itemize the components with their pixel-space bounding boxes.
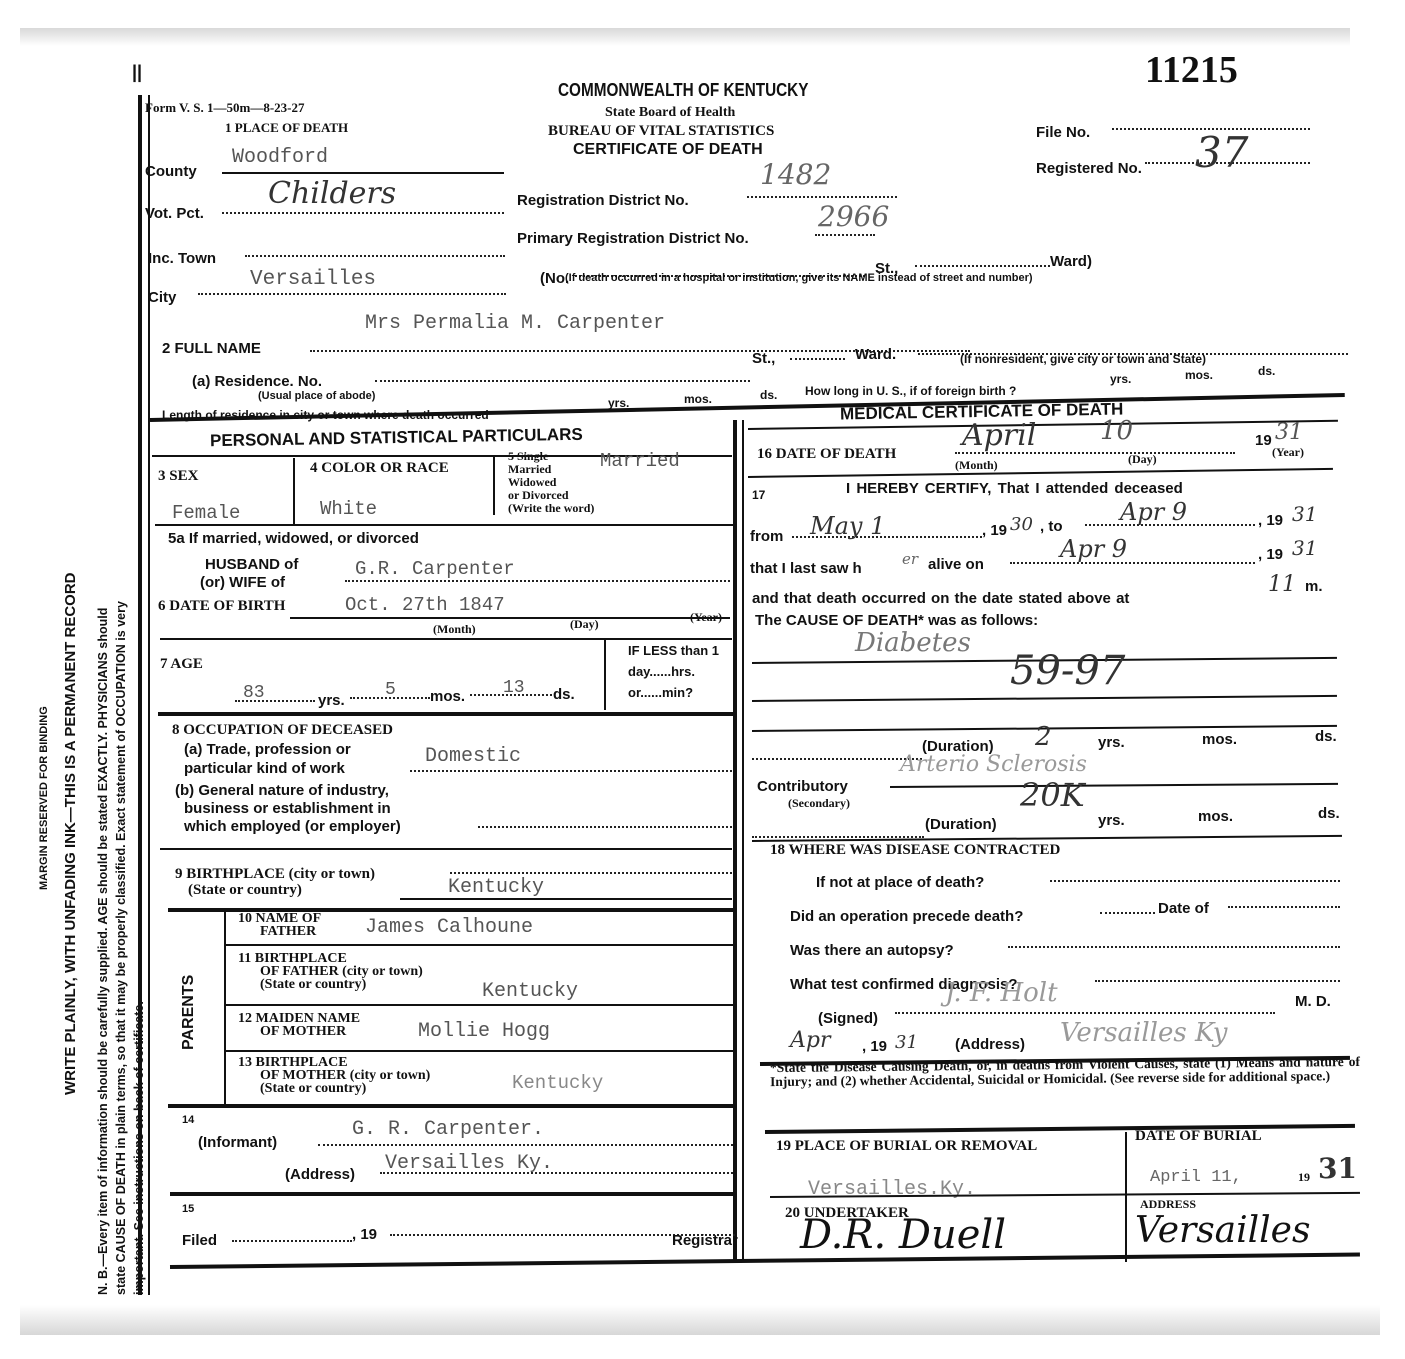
filed-date-field[interactable]: [232, 1240, 352, 1242]
full-name-label: 2 FULL NAME: [162, 340, 261, 357]
bottom-border: [170, 1253, 1360, 1269]
left-frame-border-inner: [148, 95, 150, 1295]
duration-years-value: 2: [1035, 722, 1052, 752]
last-saw-date-field[interactable]: [1010, 562, 1255, 564]
registrar-label: Registrar: [672, 1232, 738, 1249]
cause-value-1: Diabetes: [855, 628, 971, 658]
residence-st-label: St.,: [752, 350, 775, 367]
mother-name-label: 12 MAIDEN NAME OF MOTHER: [238, 1012, 360, 1038]
length-residence-mos: mos.: [684, 392, 712, 406]
father-name-label-2: FATHER: [238, 925, 321, 938]
registration-district-label: Registration District No.: [517, 192, 689, 209]
trade-value: Domestic: [425, 745, 521, 768]
foreign-ds: ds.: [1258, 364, 1275, 378]
industry-label-1: (b) General nature of industry,: [175, 782, 389, 799]
informant-address-value: Versailles Ky.: [385, 1152, 553, 1175]
contributory-label: Contributory: [757, 778, 848, 795]
duration-blank[interactable]: [752, 758, 922, 760]
informant-field[interactable]: [318, 1144, 733, 1146]
less-than-min-label: or......min?: [628, 682, 719, 703]
row-divider-1: [155, 524, 733, 526]
age-mos-label: mos.: [430, 688, 465, 705]
contributory-duration-label: (Duration): [925, 816, 997, 833]
birthplace-city-field[interactable]: [450, 872, 732, 874]
inc-town-field-line[interactable]: [245, 255, 505, 257]
less-than-1-label: IF LESS than 1: [628, 640, 719, 661]
marital-label: 5 Single Married Widowed or Divorced (Wr…: [508, 450, 594, 515]
operation-field[interactable]: [1100, 912, 1155, 914]
signed-year-prefix: , 19: [862, 1038, 887, 1055]
nonresident-note: (If nonresident, give city or town and S…: [960, 352, 1206, 366]
date-of-death-label: 16 DATE OF DEATH: [757, 446, 896, 463]
vot-pct-value: Childers: [268, 176, 396, 211]
vot-pct-label: Vot. Pct.: [145, 205, 204, 222]
filed-number: 15: [182, 1203, 194, 1215]
title-bureau: BUREAU OF VITAL STATISTICS: [548, 123, 774, 140]
spouse-label-1: 5a If married, widowed, or divorced: [168, 530, 419, 547]
age-less-divider: [604, 638, 606, 710]
father-name-label: 10 NAME OF FATHER: [238, 912, 321, 938]
signed-year-value: 31: [895, 1032, 918, 1053]
trade-label-2: particular kind of work: [184, 760, 345, 777]
row-divider-3: [158, 712, 733, 716]
cause-field-2[interactable]: [752, 695, 1337, 702]
industry-label-3: which employed (or employer): [184, 818, 401, 835]
registration-district-field[interactable]: [747, 196, 897, 198]
last-saw-year-prefix: , 19: [1258, 546, 1283, 563]
operation-label: Did an operation precede death?: [790, 908, 1023, 925]
birthplace-value: Kentucky: [448, 876, 544, 899]
certificate-number: 11215: [1145, 48, 1238, 92]
birthplace-label-2: (State or country): [188, 882, 302, 899]
medical-address-label: (Address): [955, 1036, 1025, 1053]
signed-value: J. F. Holt: [945, 978, 1058, 1008]
medical-heading-rule: [748, 420, 1338, 430]
autopsy-field[interactable]: [1008, 946, 1340, 948]
occupation-label: 8 OCCUPATION OF DECEASED: [172, 722, 393, 739]
title-certificate: CERTIFICATE OF DEATH: [573, 141, 763, 159]
autopsy-label: Was there an autopsy?: [790, 942, 954, 959]
death-day-caption: (Day): [1128, 452, 1157, 467]
test-field[interactable]: [1095, 980, 1340, 982]
contributory-value: Arterio Sclerosis: [900, 752, 1087, 777]
usual-place-caption: (Usual place of abode): [258, 390, 375, 402]
frame-mark: ||: [132, 62, 142, 83]
not-at-place-field[interactable]: [1050, 880, 1340, 882]
from-year-prefix: , 19: [982, 522, 1007, 539]
father-name-value: James Calhoune: [365, 916, 533, 939]
personal-heading: PERSONAL AND STATISTICAL PARTICULARS: [210, 425, 583, 452]
street-ward-field[interactable]: [915, 265, 1050, 267]
informant-address-label: (Address): [285, 1166, 355, 1183]
dob-label: 6 DATE OF BIRTH: [158, 598, 285, 615]
marital-value: Married: [600, 450, 680, 472]
county-value: Woodford: [232, 146, 328, 169]
contributory-mos-label: mos.: [1198, 808, 1233, 825]
margin-reserved-text: MARGIN RESERVED FOR BINDING: [38, 706, 50, 890]
primary-registration-district-field[interactable]: [815, 234, 875, 236]
from-year-value: 30: [1010, 514, 1033, 535]
medical-address-value: Versailles Ky: [1060, 1018, 1227, 1048]
residence-st-field[interactable]: [790, 358, 845, 360]
filed-label: Filed: [182, 1232, 217, 1249]
secondary-label: (Secondary): [788, 796, 850, 811]
row-divider-m1: [748, 468, 1333, 478]
burial-place-label: 19 PLACE OF BURIAL OR REMOVAL: [776, 1138, 1037, 1155]
death-time-suffix: m.: [1305, 578, 1323, 595]
duration-ds-label: ds.: [1315, 728, 1337, 745]
less-than-hrs-label: day......hrs.: [628, 661, 719, 682]
race-value: White: [320, 498, 377, 520]
father-bp-label-3: (State or country): [238, 978, 423, 991]
burial-date-label: DATE OF BURIAL: [1135, 1128, 1262, 1145]
burial-divider: [1125, 1132, 1127, 1262]
dob-field[interactable]: [290, 617, 730, 619]
from-label: from: [750, 528, 783, 545]
cause-footnote: *State the Disease Causing Death, or, in…: [770, 1055, 1360, 1089]
parents-side-label: PARENTS: [180, 975, 198, 1050]
sex-label: 3 SEX: [158, 468, 198, 485]
age-label: 7 AGE: [160, 656, 203, 673]
race-label: 4 COLOR OR RACE: [310, 460, 449, 477]
death-occurred-text: and that death occurred on the date stat…: [752, 590, 1129, 607]
burial-year-value: 31: [1318, 1152, 1357, 1185]
duration-yrs-label: yrs.: [1098, 734, 1125, 751]
registered-no-label: Registered No.: [1036, 160, 1142, 177]
left-frame-border: [138, 95, 142, 1295]
city-label: City: [148, 289, 176, 306]
residence-field[interactable]: [375, 380, 750, 382]
burial-year-prefix: 19: [1298, 1170, 1310, 1185]
where-contracted-label: 18 WHERE WAS DISEASE CONTRACTED: [770, 842, 1060, 859]
from-date-value: May 1: [810, 512, 885, 540]
foreign-mos: mos.: [1185, 368, 1213, 382]
race-marital-divider: [493, 455, 495, 515]
city-field-line[interactable]: [198, 293, 506, 295]
item-17-number: 17: [752, 488, 765, 502]
md-label: M. D.: [1295, 993, 1331, 1010]
undertaker-value: D.R. Duell: [800, 1212, 1006, 1258]
hospital-note: (If death occurred in a hospital or inst…: [565, 272, 1033, 284]
column-divider: [733, 420, 737, 1260]
last-saw-label: that I last saw h: [750, 560, 862, 577]
father-birthplace-field[interactable]: [226, 1004, 734, 1006]
file-no-label: File No.: [1036, 124, 1090, 141]
informant-number: 14: [182, 1114, 194, 1126]
date-of-label: Date of: [1158, 900, 1209, 917]
trade-field[interactable]: [410, 770, 732, 772]
contributory-yrs-label: yrs.: [1098, 812, 1125, 829]
birthplace-label-1: 9 BIRTHPLACE (city or town): [175, 866, 375, 883]
length-residence-ds: ds.: [760, 388, 777, 402]
signed-field[interactable]: [895, 1012, 1275, 1014]
contributory-duration-blank[interactable]: [752, 836, 924, 838]
sex-race-divider: [293, 458, 295, 526]
column-divider-inner: [742, 420, 744, 1260]
age-days-value: 13: [503, 678, 525, 698]
informant-value: G. R. Carpenter.: [352, 1118, 544, 1141]
sex-value: Female: [172, 502, 240, 524]
age-months-value: 5: [385, 680, 396, 700]
primary-registration-district-label: Primary Registration District No.: [517, 230, 749, 247]
registration-district-value: 1482: [760, 158, 831, 191]
primary-registration-district-value: 2966: [818, 200, 889, 233]
signed-date-value: Apr: [790, 1028, 831, 1053]
certify-text: I HEREBY CERTIFY, That I attended deceas…: [846, 480, 1183, 497]
margin-write-plainly: WRITE PLAINLY, WITH UNFADING INK—THIS IS…: [62, 572, 79, 1095]
cause-value-2: 59-97: [1010, 648, 1125, 694]
cause-label: The CAUSE OF DEATH* was as follows:: [755, 612, 1038, 629]
scan-shadow-bottom: [20, 1305, 1380, 1335]
undertaker-address-value: Versailles: [1135, 1210, 1310, 1251]
spouse-label-2: HUSBAND of: [205, 556, 298, 573]
age-ds-label: ds.: [553, 686, 575, 703]
industry-label-2: business or establishment in: [184, 800, 391, 817]
industry-field[interactable]: [478, 826, 732, 828]
to-year-prefix: , 19: [1258, 512, 1283, 529]
death-time-value: 11: [1268, 572, 1296, 597]
margin-nb-line1: N. B.—Every item of information should b…: [96, 608, 110, 1295]
spouse-field[interactable]: [345, 580, 730, 582]
mother-name-value: Mollie Hogg: [418, 1020, 550, 1043]
dob-year-caption: (Year): [690, 610, 722, 625]
vot-pct-field-line[interactable]: [222, 212, 504, 214]
spouse-value: G.R. Carpenter: [355, 558, 515, 580]
less-than-day-block: IF LESS than 1 day......hrs. or......min…: [628, 640, 719, 703]
form-id: Form V. S. 1—50m—8-23-27: [145, 100, 305, 116]
to-year-value: 31: [1292, 502, 1317, 526]
full-name-value: Mrs Permalia M. Carpenter: [365, 312, 665, 335]
foreign-yrs: yrs.: [1110, 372, 1131, 386]
row-divider-6: [168, 1104, 733, 1108]
date-of-death-year: 31: [1275, 420, 1303, 445]
father-birthplace-value: Kentucky: [482, 980, 578, 1003]
registered-no-value: 37: [1195, 128, 1248, 177]
spouse-label-3: (or) WIFE of: [200, 574, 285, 591]
mother-birthplace-value: Kentucky: [512, 1072, 603, 1094]
trade-label-1: (a) Trade, profession or: [184, 741, 351, 758]
parents-divider: [224, 910, 226, 1108]
contributory-ds-label: ds.: [1318, 805, 1340, 822]
contributory-field[interactable]: [890, 783, 1338, 788]
row-divider-7: [170, 1192, 733, 1196]
mother-birthplace-label: 13 BIRTHPLACE OF MOTHER (city or town) (…: [238, 1056, 430, 1095]
date-of-death-month: April: [962, 418, 1036, 453]
street-ward-label: Ward): [1050, 253, 1092, 270]
foreign-birth-label: How long in U. S., if of foreign birth ?: [805, 384, 1016, 398]
duration-mos-label: mos.: [1202, 731, 1237, 748]
age-yrs-label: yrs.: [318, 692, 345, 709]
title-board: State Board of Health: [605, 105, 735, 121]
contributory-code: 20K: [1020, 776, 1085, 814]
death-year-caption: (Year): [1272, 445, 1304, 460]
row-divider-m4: [765, 1124, 1355, 1134]
to-label: , to: [1040, 518, 1063, 535]
mother-bp-label-3: (State or country): [238, 1082, 430, 1095]
last-saw-date-value: Apr 9: [1060, 535, 1127, 563]
death-month-caption: (Month): [955, 458, 998, 473]
mother-name-field[interactable]: [226, 1050, 734, 1052]
filed-year-prefix: , 19: [352, 1226, 377, 1243]
county-field-line[interactable]: [222, 172, 504, 174]
margin-nb-line2: state CAUSE OF DEATH in plain terms, so …: [114, 601, 128, 1295]
signed-label: (Signed): [818, 1010, 878, 1027]
burial-date-value: April 11,: [1150, 1168, 1242, 1187]
operation-date-field[interactable]: [1228, 906, 1340, 908]
dob-day-caption: (Day): [570, 617, 599, 632]
father-name-field[interactable]: [226, 944, 734, 946]
last-saw-year-value: 31: [1292, 536, 1317, 560]
marital-label-write-word: (Write the word): [508, 502, 594, 515]
not-at-place-label: If not at place of death?: [816, 874, 984, 891]
father-birthplace-label: 11 BIRTHPLACE OF FATHER (city or town) (…: [238, 952, 423, 991]
scan-shadow-top: [20, 28, 1350, 46]
last-saw-pronoun: er: [902, 550, 918, 568]
residence-label: (a) Residence. No.: [192, 373, 322, 390]
row-divider-4: [160, 848, 732, 850]
date-of-death-day: 10: [1100, 416, 1133, 446]
city-value: Versailles: [250, 268, 376, 291]
title-commonwealth: COMMONWEALTH OF KENTUCKY: [558, 80, 808, 101]
dob-month-caption: (Month): [433, 622, 476, 637]
age-years-value: 83: [243, 683, 265, 703]
inc-town-label: Inc. Town: [148, 250, 216, 267]
county-label: County: [145, 163, 197, 180]
residence-ward-label: Ward.: [855, 346, 896, 363]
to-date-value: Apr 9: [1120, 498, 1187, 526]
mother-name-label-2: OF MOTHER: [238, 1025, 360, 1038]
informant-label: (Informant): [198, 1134, 277, 1151]
date-of-death-year-prefix: 19: [1255, 432, 1272, 449]
alive-on-label: alive on: [928, 556, 984, 573]
dob-value: Oct. 27th 1847: [345, 594, 505, 616]
place-of-death-heading: 1 PLACE OF DEATH: [225, 120, 348, 136]
